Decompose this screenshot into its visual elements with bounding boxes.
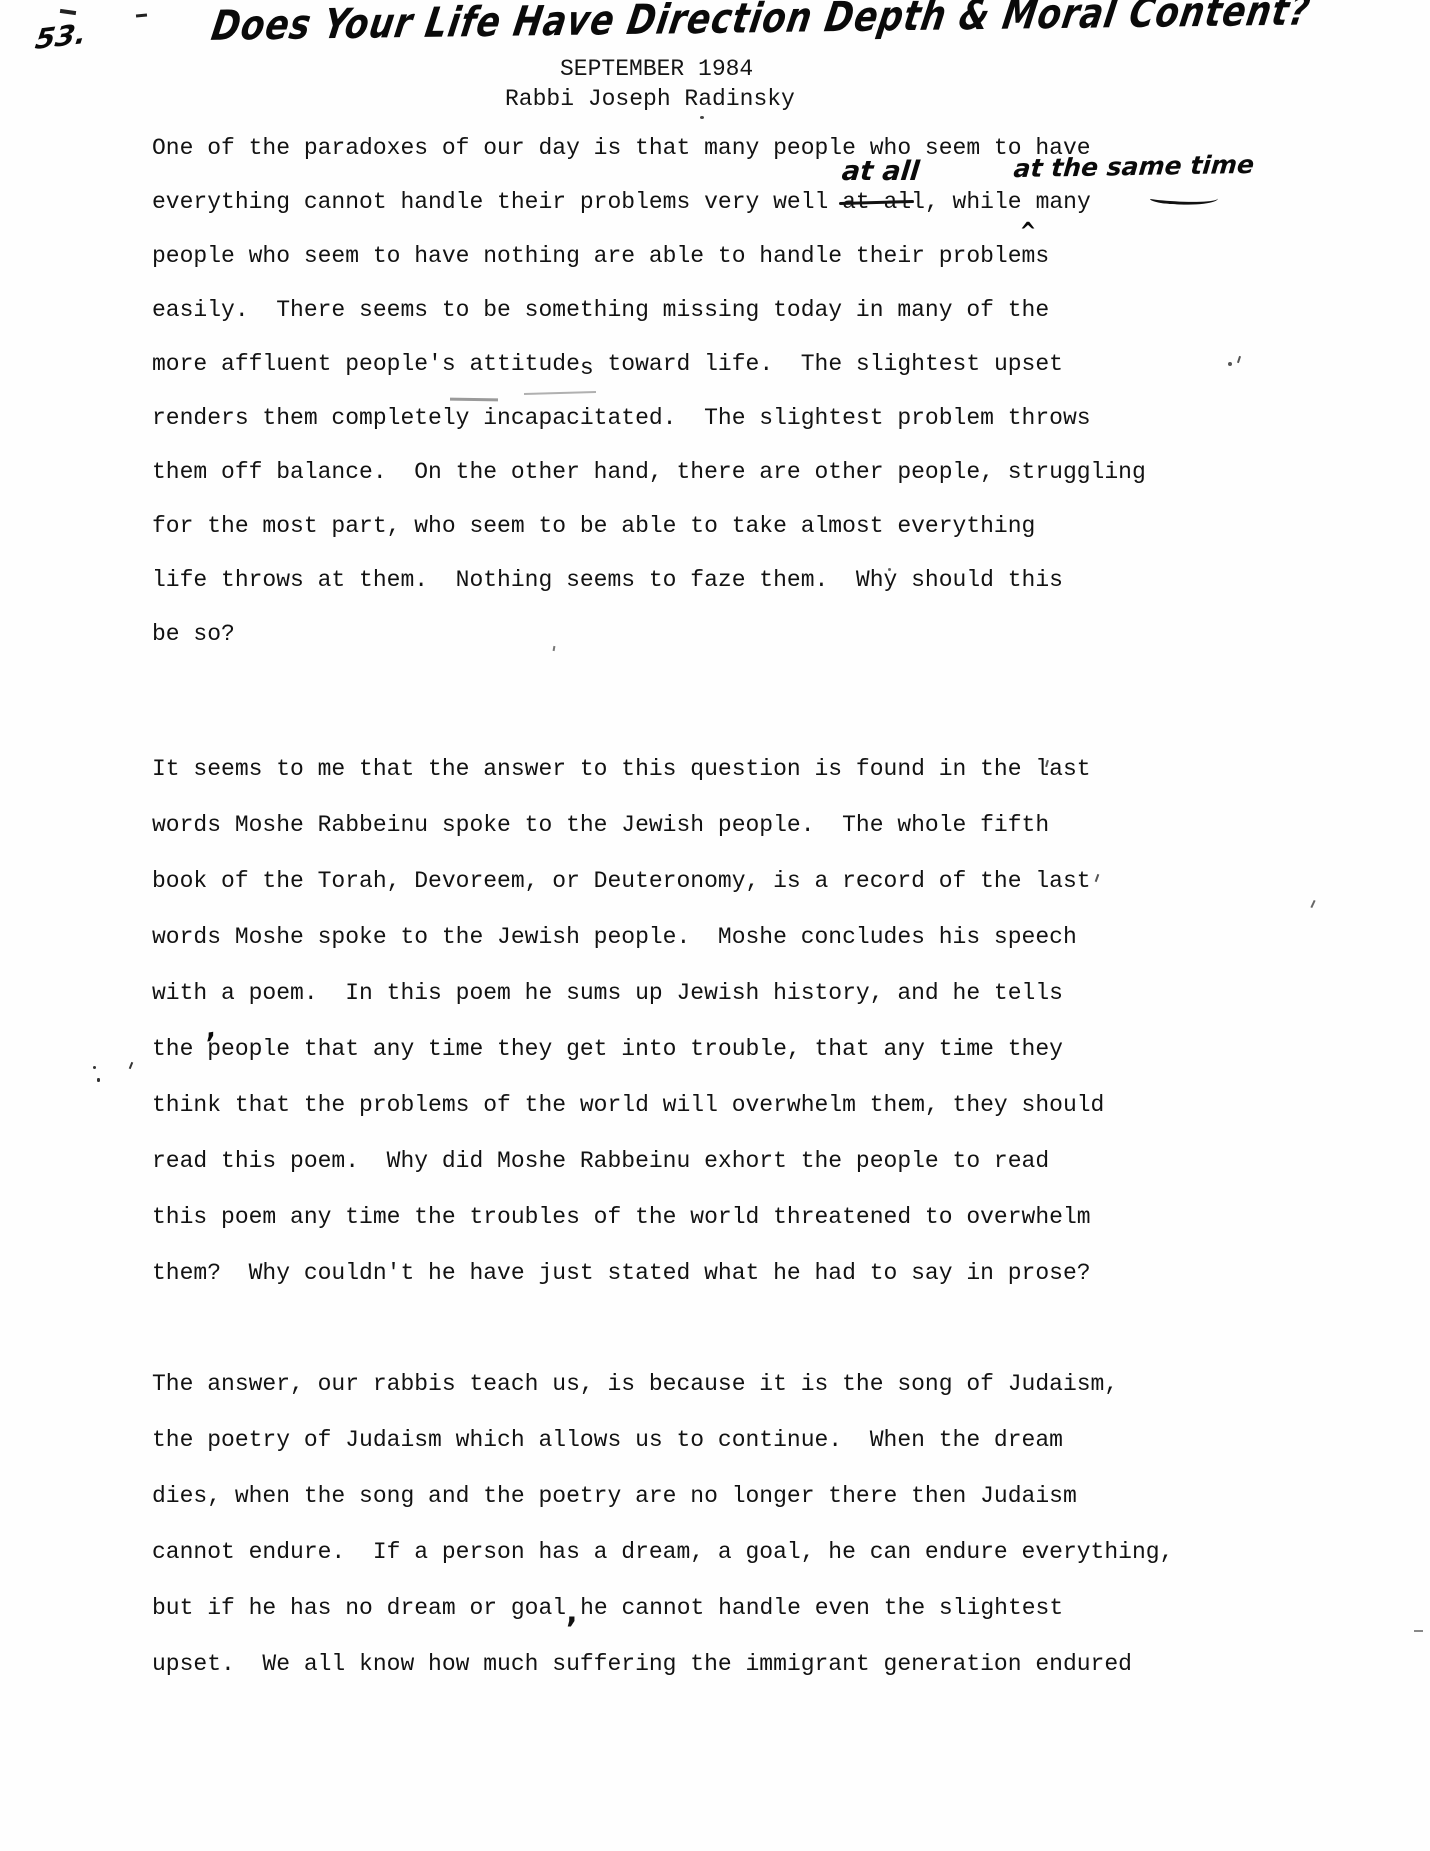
scan-speck: [1414, 1630, 1423, 1632]
typed-line: One of the paradoxes of our day is that …: [152, 135, 1146, 189]
lowered-letter-s: s: [580, 355, 594, 381]
typed-text-segment: more affluent people's attitude: [152, 351, 580, 377]
typed-line: upset. We all know how much suffering th…: [152, 1651, 1173, 1707]
typed-line: read this poem. Why did Moshe Rabbeinu e…: [152, 1148, 1104, 1204]
scan-speck: [136, 14, 147, 18]
scan-speck: [1228, 362, 1232, 366]
handwritten-title: Does Your Life Have Direction Depth & Mo…: [208, 0, 1314, 51]
strikethrough-text: at al: [842, 189, 911, 215]
typed-line: The answer, our rabbis teach us, is beca…: [152, 1371, 1173, 1427]
paragraph-1: One of the paradoxes of our day is that …: [152, 135, 1146, 675]
scanned-document-page: 53. Does Your Life Have Direction Depth …: [0, 0, 1430, 1851]
typed-line: people who seem to have nothing are able…: [152, 243, 1146, 297]
typed-line: the poetry of Judaism which allows us to…: [152, 1427, 1173, 1483]
typed-text-segment: he cannot handle even the slightest: [580, 1595, 1063, 1621]
typed-line: renders them completely incapacitated. T…: [152, 405, 1146, 459]
typed-text-segment: but if he has no dream or goal: [152, 1595, 566, 1621]
typed-line: for the most part, who seem to be able t…: [152, 513, 1146, 567]
typed-line: cannot endure. If a person has a dream, …: [152, 1539, 1173, 1595]
typed-line: words Moshe spoke to the Jewish people. …: [152, 924, 1104, 980]
scan-speck: [700, 116, 704, 119]
typed-text-segment: everything cannot handle their problems …: [152, 189, 842, 215]
typed-text-segment: toward life. The slightest upset: [594, 351, 1063, 377]
typed-text-segment: many: [1036, 189, 1091, 215]
typed-line: them off balance. On the other hand, the…: [152, 459, 1146, 513]
typed-line-with-inserted-comma: but if he has no dream or goal,he cannot…: [152, 1595, 1173, 1651]
scan-speck: [888, 568, 891, 571]
author-byline: Rabbi Joseph Radinsky: [505, 86, 795, 112]
scan-speck: [1310, 900, 1315, 908]
typed-line: this poem any time the troubles of the w…: [152, 1204, 1104, 1260]
typed-line: book of the Torah, Devoreem, or Deuteron…: [152, 868, 1104, 924]
typed-line: think that the problems of the world wil…: [152, 1092, 1104, 1148]
typed-line: easily. There seems to be something miss…: [152, 297, 1146, 351]
scan-speck: [93, 1066, 96, 1069]
scan-speck: [129, 1062, 133, 1069]
typed-line: words Moshe Rabbeinu spoke to the Jewish…: [152, 812, 1104, 868]
typed-line: be so?: [152, 621, 1146, 675]
typed-line: the people that any time they get into t…: [152, 1036, 1104, 1092]
typed-line: life throws at them. Nothing seems to fa…: [152, 567, 1146, 621]
paragraph-2: It seems to me that the answer to this q…: [152, 756, 1104, 1316]
typed-line: them? Why couldn't he have just stated w…: [152, 1260, 1104, 1316]
typed-line: dies, when the song and the poetry are n…: [152, 1483, 1173, 1539]
typed-line-with-edits: everything cannot handle their problems …: [152, 189, 1146, 243]
paragraph-3: The answer, our rabbis teach us, is beca…: [152, 1371, 1173, 1707]
scan-speck: [97, 1078, 100, 1082]
typed-text-segment: l, while: [911, 189, 1021, 215]
handwritten-underline-swoosh: [1150, 190, 1219, 208]
typed-line-attitudes: more affluent people's attitudes toward …: [152, 351, 1146, 405]
date-line: SEPTEMBER 1984: [560, 56, 753, 82]
typed-line: with a poem. In this poem he sums up Jew…: [152, 980, 1104, 1036]
handwritten-page-number: 53.: [33, 17, 88, 56]
scan-speck: [60, 9, 76, 15]
scan-speck: [1237, 356, 1241, 363]
insertion-caret: ^: [1020, 215, 1037, 248]
typed-line: It seems to me that the answer to this q…: [152, 756, 1104, 812]
